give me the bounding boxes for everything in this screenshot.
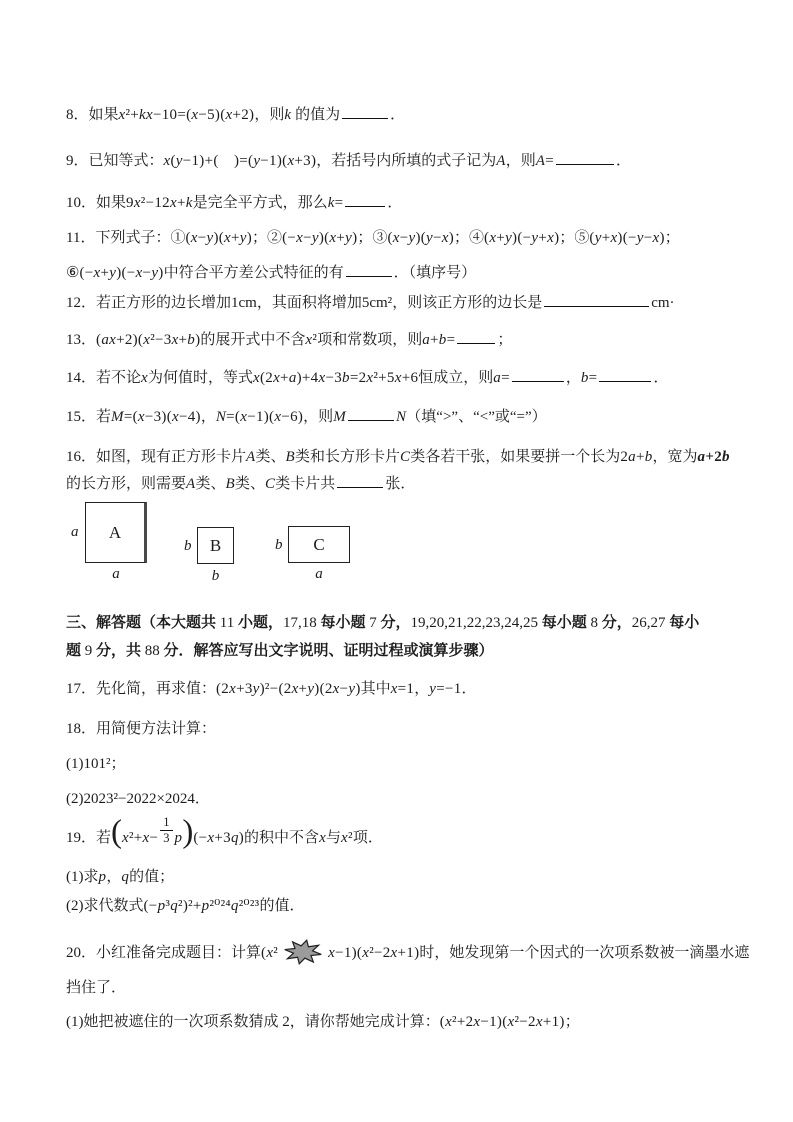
question-17: 17．先化简，再求值：(2x+3y)²−(2x+y)(2x−y)其中x=1，y=… [66,678,741,700]
text-run: 挡住了． [66,980,126,996]
math-run: q [121,869,129,885]
math-run: (x² [261,945,278,961]
card-b-side-label: b [184,538,192,555]
text-run: 10．如果 [66,195,126,211]
answer-blank [544,292,649,307]
answer-blank [345,192,385,207]
text-run: 15．若 [66,409,111,425]
card-c-letter: C [313,535,324,555]
math-run: x² [341,830,353,846]
text-run: ； [497,332,512,348]
math-run: ) [182,814,193,850]
math-run: (−p³q²)²+p²⁰²⁴q²⁰²³ [144,898,260,914]
math-run: (x+y)(−y+x) [484,230,559,246]
math-run: x [141,370,148,386]
question-16-line-1: 16．如图，现有正方形卡片A类、B类和长方形卡片C类各若干张，如果要拼一个长为2… [66,446,741,468]
text-run: 的展开式中不含 [200,332,305,348]
math-run: k= [328,195,344,211]
math-run: x²+x− [122,830,158,846]
text-run: ，其面积将增加 [257,295,362,311]
question-18-part-2: (2)2023²−2022×2024． [66,788,741,810]
math-run: A= [536,153,554,169]
text-run: ；④ [454,230,484,246]
text-run: 每小题 [317,615,370,631]
math-run: x²+kx−10=(x−5)(x+2) [119,107,255,123]
text-run: 分，共 [92,643,145,659]
text-run: 张． [385,476,415,492]
text-run: 12．若正方形的边长增加 [66,295,231,311]
math-run: x² [305,332,317,348]
math-run: (ax+2)(x²−3x+b) [96,332,200,348]
text-run: 为何值时，等式 [148,370,253,386]
card-b-letter: B [210,536,221,556]
math-run: x=1 [391,681,415,697]
math-run: a+b= [422,332,455,348]
math-run: x−1)(x²−2x+1) [328,945,419,961]
math-run: A [496,153,505,169]
text-run: （填“>”、“<”或“=”） [406,409,546,425]
math-run: a+2b [698,449,730,465]
text-run: ⑥ [66,265,79,281]
text-run: ． [616,153,631,169]
text-run: 时，她发现第一个因式的一次项系数被一滴墨水遮 [419,945,749,961]
text-run: ，宽为 [653,449,698,465]
question-15: 15．若M=(x−3)(x−4)，N=(x−1)(x−6)，则MN（填“>”、“… [66,406,741,428]
text-run: 分， [598,615,632,631]
math-run: N=(x−1)(x−6) [216,409,303,425]
card-a-letter: A [109,523,121,543]
question-19-part-2: (2)求代数式(−p³q²)²+p²⁰²⁴q²⁰²³的值． [66,895,741,917]
math-run: ( [111,814,122,850]
math-run: C [265,476,275,492]
ink-blot-icon [282,938,324,966]
text-run: 2 [282,1014,290,1030]
cards-figure: a A a b B b b C a [66,502,741,594]
text-run: 17,18 [283,615,317,631]
text-run: (1) [66,1014,84,1030]
question-9: 9．已知等式：x(y−1)+( )=(y−1)(x+3)，若括号内所填的式子记为… [66,150,741,172]
card-c: C [288,526,350,563]
question-13: 13．(ax+2)(x²−3x+b)的展开式中不含x²项和常数项，则a+b=； [66,329,741,351]
question-18: 18．用简便方法计算： [66,718,741,740]
text-run: 26,27 [632,615,666,631]
math-run: (x−y)(x+y) [185,230,252,246]
text-run: 1cm [231,295,257,311]
section-3-header-line-2: 题 9 分，共 88 分．解答应写出文字说明、证明过程或演算步骤） [66,640,741,662]
text-run: 的长方形，则需要 [66,476,186,492]
card-b: B [197,527,234,564]
text-run: 8 [591,615,599,631]
question-10: 10．如果9x²−12x+k是完全平方式，那么k=． [66,192,741,214]
text-run: 类、 [235,476,265,492]
text-run: 16．如图，现有正方形卡片 [66,449,246,465]
math-run: (−x+y)(−x−y) [79,265,163,281]
text-run: ；③ [357,230,387,246]
text-run: ； [111,756,126,772]
math-run: (−x−y)(x+y) [282,230,357,246]
text-run: ， [201,409,216,425]
text-run: 是完全平方式，那么 [193,195,328,211]
answer-blank [342,104,388,119]
text-run: 每小题 [538,615,591,631]
question-14: 14．若不论x为何值时，等式x(2x+a)+4x−3b=2x²+5x+6恒成立，… [66,367,741,389]
answer-blank [457,329,495,344]
math-run: a= [493,370,510,386]
text-run: 17．先化简，再求值： [66,681,216,697]
text-run: 5cm² [362,295,392,311]
text-run: 每小 [666,615,700,631]
question-20-part-1: (1)她把被遮住的一次项系数猜成 2，请你帮她完成计算：(x²+2x−1)(x²… [66,1011,741,1033]
math-run: x(2x+a)+4x−3b=2x²+5x+6 [253,370,418,386]
text-run: ，则 [303,409,333,425]
math-run: B [286,449,295,465]
text-run: 的值为 [291,107,340,123]
question-20-line-1: 20．小红准备完成题目：计算(x²x−1)(x²−2x+1)时，她发现第一个因式… [66,938,741,966]
text-run: 18．用简便方法计算： [66,721,216,737]
question-19-part-1: (1)求p，q的值； [66,866,741,888]
text-run: 类和长方形卡片 [295,449,400,465]
answer-blank [599,367,651,382]
text-run: 类各若干张，如果要拼一个长为 [410,449,620,465]
text-run: ； [665,230,680,246]
question-19: 19．若(x²+x−13p)(−x+3q)的积中不含x与x²项． [66,816,741,860]
math-run: x [319,830,326,846]
text-run: 小题， [234,615,283,631]
answer-blank [346,262,392,277]
card-c-side-label: b [275,537,283,554]
math-run: N [396,409,406,425]
text-run: 项． [353,830,383,846]
question-20-line-2: 挡住了． [66,977,741,999]
math-run: M [333,409,346,425]
text-run: ．（填序号） [394,265,477,281]
text-run: 她把被遮住的一次项系数猜成 [84,1014,283,1030]
math-run: (2x+3y)²−(2x+y)(2x−y) [216,681,361,697]
text-run: 14．若不论 [66,370,141,386]
text-run: ． [195,791,210,807]
answer-blank [337,473,383,488]
text-run: 11．下列式子：① [66,230,185,246]
text-run: 7 [369,615,377,631]
text-run: (2) [66,898,84,914]
fraction: 13 [160,816,172,845]
answer-blank [556,150,614,165]
text-run: 求 [84,869,99,885]
question-12: 12．若正方形的边长增加1cm，其面积将增加5cm²，则该正方形的边长是cm· [66,292,741,314]
text-run: ；⑤ [559,230,589,246]
text-run: 三、解答题（本大题共 [66,615,220,631]
question-11-line-2: ⑥(−x+y)(−x−y)中符合平方差公式特征的有．（填序号） [66,262,741,284]
math-run: x(y−1)+( )=(y−1)(x+3) [164,153,317,169]
text-run: ；② [252,230,282,246]
text-run: 8．如果 [66,107,119,123]
text-run: 项和常数项，则 [317,332,422,348]
text-run: ． [653,370,668,386]
text-run: 题 [66,643,85,659]
text-run: ，则 [254,107,284,123]
question-16-line-2: 的长方形，则需要A类、B类、C类卡片共张． [66,473,741,495]
question-11-line-1: 11．下列式子：①(x−y)(x+y)；②(−x−y)(x+y)；③(x−y)(… [66,227,741,249]
text-run: ． [390,107,405,123]
text-run: 11 [220,615,234,631]
math-run: (−x+3q) [193,830,244,846]
test-paper-page: 8．如果x²+kx−10=(x−5)(x+2)，则k 的值为． 9．已知等式：x… [0,0,793,1122]
card-a-side-label: a [71,524,79,541]
text-run: ． [462,681,477,697]
text-run: ． [387,195,402,211]
card-a: A [85,502,147,563]
text-run: 类、 [195,476,225,492]
text-run: ， [414,681,429,697]
text-run: 的值． [259,898,304,914]
math-run: 2a+b [620,449,652,465]
text-run: 13． [66,332,96,348]
text-run: ，若括号内所填的式子记为 [316,153,496,169]
text-run: ； [565,1014,580,1030]
math-run: (x−y)(y−x) [387,230,454,246]
text-run: (1) [66,869,84,885]
text-run: (2)2023²−2022×2024 [66,791,195,807]
text-run: 的积中不含 [244,830,319,846]
answer-blank [512,367,564,382]
math-run: b= [581,370,598,386]
text-run: 分．解答应写出文字说明、证明过程或演算步骤） [160,643,494,659]
text-run: cm· [651,295,674,311]
answer-blank [348,406,394,421]
text-run: 19．若 [66,830,111,846]
math-run: 9x²−12x+k [126,195,193,211]
text-run: 19,20,21,22,23,24,25 [411,615,539,631]
text-run: (1)101² [66,756,111,772]
text-run: 与 [326,830,341,846]
text-run: 的值； [129,869,174,885]
text-run: ，请你帮她完成计算： [290,1014,440,1030]
text-run: ， [566,370,581,386]
text-run: 中符合平方差公式特征的有 [164,265,344,281]
text-run: ，则 [506,153,536,169]
text-run: 求代数式 [84,898,144,914]
text-run: 恒成立，则 [418,370,493,386]
text-run: ， [106,869,121,885]
card-b-bottom-label: b [197,568,234,585]
text-run: 类、 [255,449,285,465]
math-run: (x²+2x−1)(x²−2x+1) [440,1014,565,1030]
text-run: 类卡片共 [275,476,335,492]
text-run: 分， [377,615,411,631]
question-18-part-1: (1)101²； [66,753,741,775]
text-run: 其中 [361,681,391,697]
card-a-bottom-label: a [85,566,147,583]
text-run: 9．已知等式： [66,153,164,169]
math-run: C [400,449,410,465]
text-run: ，则该正方形的边长是 [392,295,542,311]
section-3-header-line-1: 三、解答题（本大题共 11 小题，17,18 每小题 7 分，19,20,21,… [66,612,741,634]
math-run: B [226,476,235,492]
question-8: 8．如果x²+kx−10=(x−5)(x+2)，则k 的值为． [66,104,741,126]
math-run: M=(x−3)(x−4) [111,409,201,425]
math-run: (y+x)(−y−x) [589,230,664,246]
text-run: 88 [145,643,160,659]
math-run: y=−1 [429,681,461,697]
text-run: 20．小红准备完成题目：计算 [66,945,261,961]
card-c-bottom-label: a [288,566,350,583]
